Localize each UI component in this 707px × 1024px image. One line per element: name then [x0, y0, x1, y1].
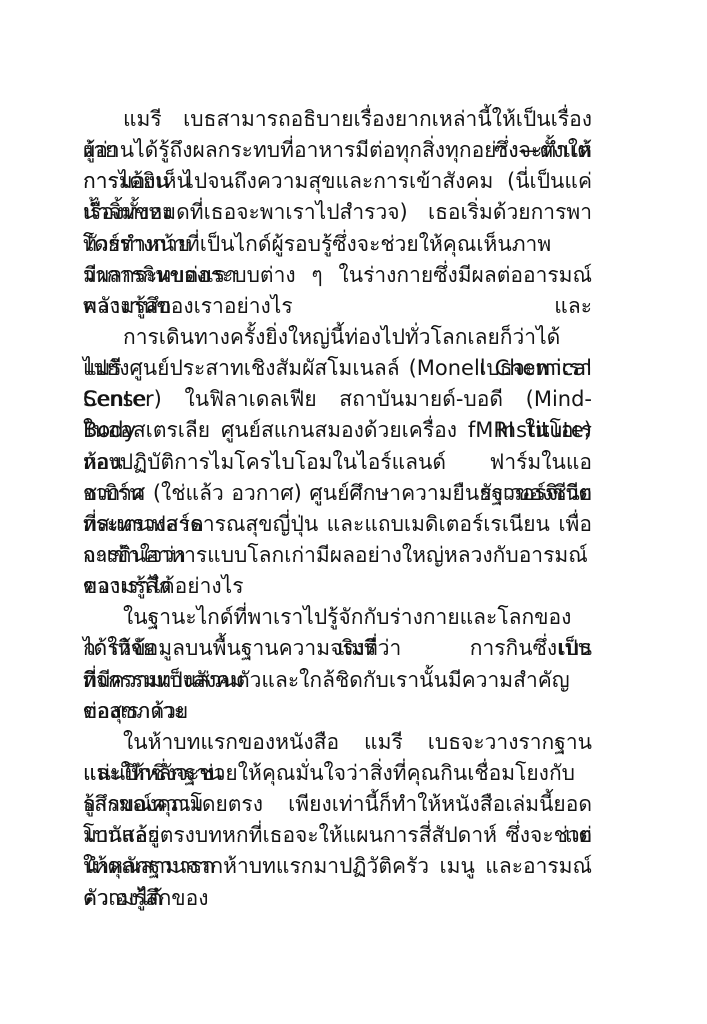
para-2-line-1: การเดินทางครั้งยิ่งใหญ่นี้ท่องไปทั่วโลกเ… — [83, 322, 592, 353]
para-4-line-4: โบนัสอยู่ตรงบทหกที่เธอจะให้แผนการสี่สัปด… — [83, 820, 592, 851]
paragraph-3: ในฐานะไกด์ที่พาเราไปรู้จักกับร่างกายและโ… — [83, 602, 592, 727]
para-4-line-1: ในห้าบทแรกของหนังสือ แมรี เบธจะวางรากฐาน… — [83, 727, 592, 758]
para-1-line-2: ผู้อ่านได้รู้ถึงผลกระทบที่อาหารมีต่อทุกส… — [83, 135, 592, 166]
para-3-line-3: ที่มีความเป็นส่วนตัวและใกล้ชิดกับเรานั้น… — [83, 665, 592, 696]
para-2-line-2: ไปยังศูนย์ประสาทเชิงสัมผัสโมเนลล์ (Monel… — [83, 353, 592, 384]
para-4-line-2: แน่นปึกซึ่งจะช่วยให้คุณมั่นใจว่าสิ่งที่ค… — [83, 758, 592, 789]
paragraph-4: ในห้าบทแรกของหนังสือ แมรี เบธจะวางรากฐาน… — [83, 727, 592, 914]
page-text-block: แมรี เบธสามารถอธิบายเรื่องยากเหล่านี้ให้… — [83, 104, 592, 914]
para-2-line-5: ห้องปฏิบัติการไมโครไบโอมในไอร์แลนด์ ฟาร์… — [83, 447, 592, 478]
para-3-line-1: ในฐานะไกด์ที่พาเราไปรู้จักกับร่างกายและโ… — [83, 602, 592, 633]
para-2-line-6: อวกาศ (ใช่แล้ว อวกาศ) ศูนย์ศึกษาความยืนย… — [83, 478, 592, 509]
book-page: แมรี เบธสามารถอธิบายเรื่องยากเหล่านี้ให้… — [0, 0, 707, 1024]
para-1-line-6: มีผลกระทบต่อระบบต่าง ๆ ในร่างกายซึ่งมีผล… — [83, 260, 592, 291]
para-4-line-5: นำหลักฐานจากห้าบทแรกมาปฏิวัติครัว เมนู แ… — [83, 851, 592, 882]
para-2-line-7: กระทรวงสาธารณสุขญี่ปุ่น และแถบเมดิเตอร์เ… — [83, 509, 592, 540]
para-4-line-6: ตัวเองได้ — [83, 883, 592, 914]
para-1-line-4: เรื่องทั้งหมดที่เธอจะพาเราไปสำรวจ) เธอเร… — [83, 197, 592, 228]
para-3-line-2: ได้ให้ข้อมูลบนพื้นฐานความจริงที่ว่า การก… — [83, 633, 592, 664]
para-2-line-9: ของเราได้อย่างไร — [83, 571, 592, 602]
para-4-line-3: รู้สึกของคุณโดยตรง เพียงเท่านี้ก็ทำให้หน… — [83, 789, 592, 820]
para-1-line-1: แมรี เบธสามารถอธิบายเรื่องยากเหล่านี้ให้… — [83, 104, 592, 135]
para-2-line-4: ในออสเตรเลีย ศูนย์สแกนสมองด้วยเครื่อง fM… — [83, 415, 592, 446]
para-2-line-8: การกินอาหารแบบโลกเก่ามีผลอย่างใหญ่หลวงกั… — [83, 540, 592, 571]
para-1-line-3: การได้ยิน ไปจนถึงความสุขและการเข้าสังคม … — [83, 166, 592, 197]
para-1-line-5: โดยทำหน้าที่เป็นไกด์ผู้รอบรู้ซึ่งจะช่วยใ… — [83, 229, 592, 260]
para-3-line-4: ของเราด้วย — [83, 696, 592, 727]
para-2-line-3: Center) ในฟิลาเดลเฟีย สถาบันมายด์-บอดี (… — [83, 384, 592, 415]
paragraph-1: แมรี เบธสามารถอธิบายเรื่องยากเหล่านี้ให้… — [83, 104, 592, 322]
paragraph-2: การเดินทางครั้งยิ่งใหญ่นี้ท่องไปทั่วโลกเ… — [83, 322, 592, 602]
